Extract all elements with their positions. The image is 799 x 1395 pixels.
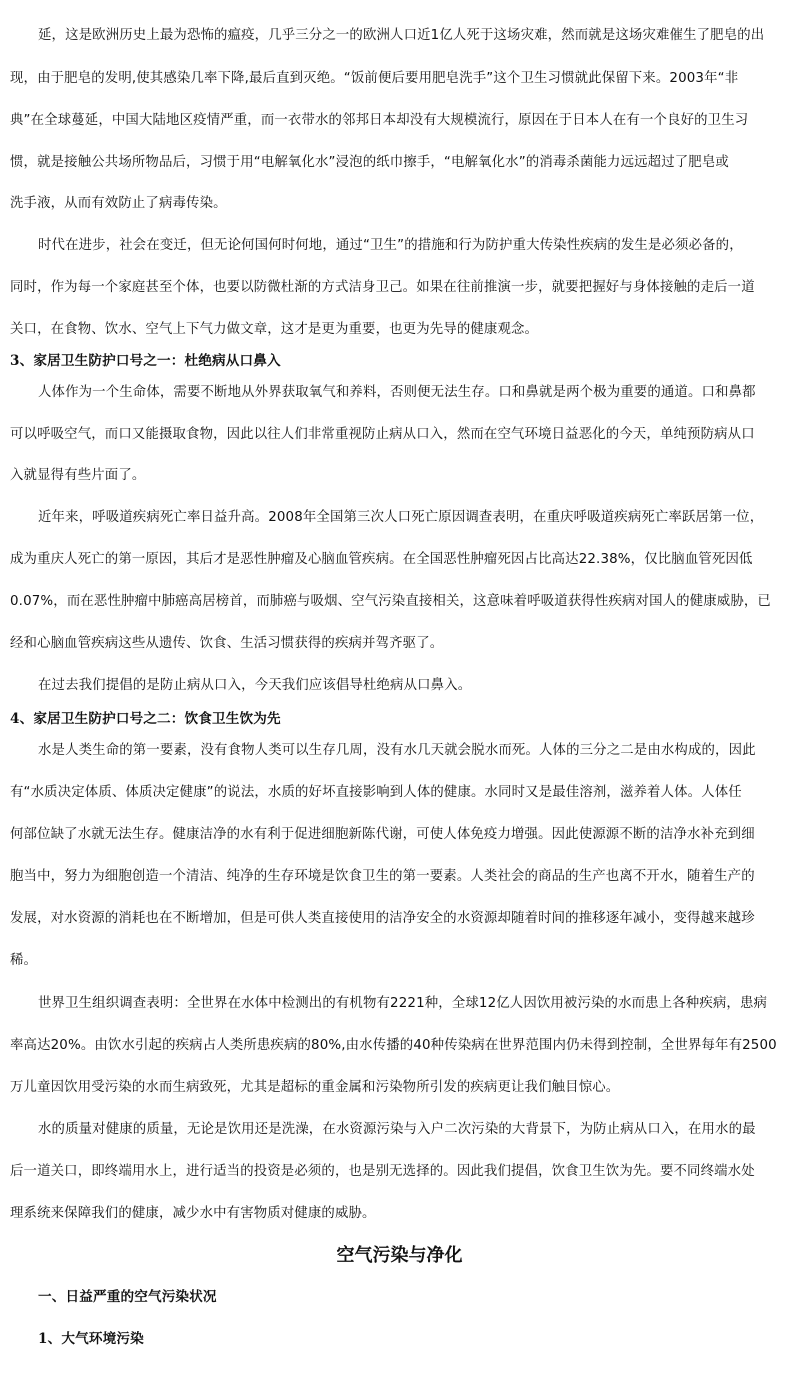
text-line: 发展，对水资源的消耗也在不断增加，但是可供人类直接使用的洁净安全的水资源却随着时… <box>10 909 755 929</box>
text-line: 后一道关口，即终端用水上，进行适当的投资是必须的，也是别无选择的。因此我们提倡，… <box>10 1162 755 1182</box>
text-line: 世界卫生组织调查表明：全世界在水体中检测出的有机物有2221种，全球12亿人因饮… <box>38 994 767 1014</box>
text-line: 0.07%，而在恶性肿瘤中肺癌高居榜首，而肺癌与吸烟、空气污染直接相关，这意味着… <box>10 592 771 612</box>
text-line: 成为重庆人死亡的第一原因，其后才是恶性肿瘤及心脑血管疾病。在全国恶性肿瘤死因占比… <box>10 550 753 570</box>
section-heading-4: 4、家居卫生防护口号之二：饮食卫生饮为先 <box>10 709 281 729</box>
text-line: 水的质量对健康的质量，无论是饮用还是洗澡，在水资源污染与入户二次污染的大背景下，… <box>38 1120 756 1140</box>
text-line: 经和心脑血管疾病这些从遗传、饮食、生活习惯获得的疾病并驾齐驱了。 <box>10 634 443 654</box>
text-line: 典”在全球蔓延，中国大陆地区疫情严重，而一衣带水的邻邦日本却没有大规模流行，原因… <box>10 111 748 131</box>
chapter-subheading-1: 一、日益严重的空气污染状况 <box>38 1287 217 1307</box>
text-line: 水是人类生命的第一要素，没有食物人类可以生存几周，没有水几天就会脱水而死。人体的… <box>38 741 756 761</box>
text-line: 洗手液，从而有效防止了病毒传染。 <box>10 194 227 214</box>
text-line: 延，这是欧洲历史上最为恐怖的瘟疫，几乎三分之一的欧洲人口近1亿人死于这场灾难，然… <box>38 26 764 46</box>
text-line: 理系统来保障我们的健康，减少水中有害物质对健康的威胁。 <box>10 1204 376 1224</box>
text-line: 入就显得有些片面了。 <box>10 466 145 486</box>
text-line: 关口，在食物、饮水、空气上下气力做文章，这才是更为重要，也更为先导的健康观念。 <box>10 320 538 340</box>
text-line: 时代在进步，社会在变迁，但无论何国何时何地，通过“卫生”的措施和行为防护重大传染… <box>38 236 743 256</box>
text-line: 同时，作为每一个家庭甚至个体，也要以防微杜渐的方式洁身卫己。如果在往前推演一步，… <box>10 278 755 298</box>
text-line: 万儿童因饮用受污染的水而生病致死，尤其是超标的重金属和污染物所引发的疾病更让我们… <box>10 1078 619 1098</box>
chapter-title: 空气污染与净化 <box>10 1241 789 1267</box>
text-line: 人体作为一个生命体，需要不断地从外界获取氧气和养料，否则便无法生存。口和鼻就是两… <box>38 383 756 403</box>
text-line: 何部位缺了水就无法生存。健康洁净的水有利于促进细胞新陈代谢，可使人体免疫力增强。… <box>10 825 755 845</box>
text-line: 率高达20%。由饮水引起的疾病占人类所患疾病的80%,由水传播的40种传染病在世… <box>10 1036 777 1056</box>
text-line: 现，由于肥皂的发明,使其感染几率下降,最后直到灭绝。“饭前便后要用肥皂洗手”这个… <box>10 69 738 89</box>
text-line: 有“水质决定体质、体质决定健康”的说法，水质的好坏直接影响到人体的健康。水同时又… <box>10 783 742 803</box>
text-line: 惯，就是接触公共场所物品后，习惯于用“电解氧化水”浸泡的纸巾擦手，“电解氧化水”… <box>10 153 729 173</box>
text-line: 稀。 <box>10 951 37 971</box>
text-line: 胞当中，努力为细胞创造一个清洁、纯净的生存环境是饮食卫生的第一要素。人类社会的商… <box>10 867 755 887</box>
text-line: 近年来，呼吸道疾病死亡率日益升高。2008年全国第三次人口死亡原因调查表明，在重… <box>38 508 763 528</box>
chapter-subheading-2: 1、大气环境污染 <box>38 1329 144 1349</box>
section-heading-3: 3、家居卫生防护口号之一：杜绝病从口鼻入 <box>10 351 281 371</box>
text-line: 在过去我们提倡的是防止病从口入，今天我们应该倡导杜绝病从口鼻入。 <box>38 676 471 696</box>
text-line: 可以呼吸空气，而口又能摄取食物，因此以往人们非常重视防止病从口入，然而在空气环境… <box>10 425 755 445</box>
